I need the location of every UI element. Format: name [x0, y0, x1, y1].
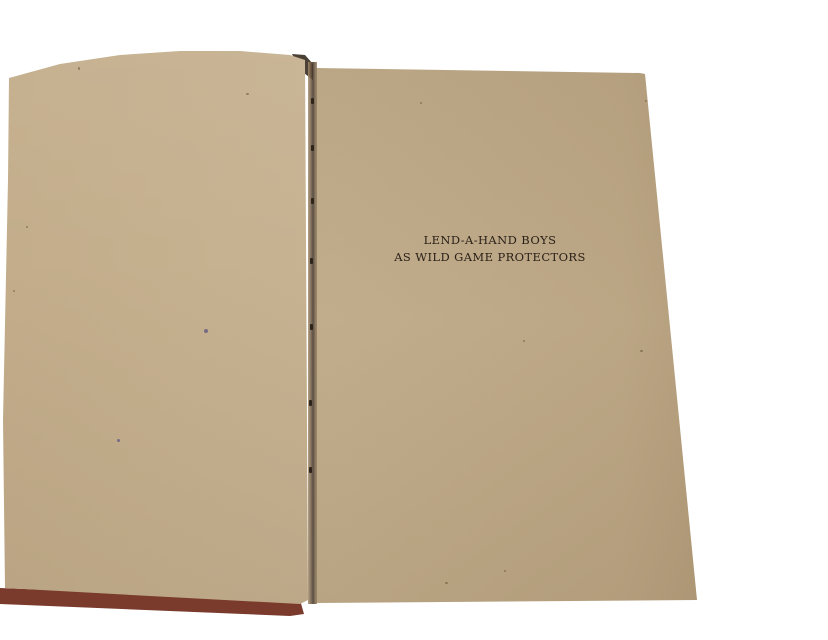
title-line-2: AS WILD GAME PROTECTORS [370, 249, 610, 266]
binding-stitch [311, 198, 314, 204]
binding-stitch [310, 324, 313, 330]
paper-speck [504, 570, 506, 572]
paper-speck [246, 93, 249, 95]
paper-speck [13, 290, 15, 292]
paper-speck [640, 350, 643, 352]
binding-stitch [310, 258, 313, 264]
paper-speck [445, 582, 448, 584]
binding-stitch [309, 467, 312, 473]
binding-stitch [311, 98, 314, 104]
title-page-heading: LEND-A-HAND BOYS AS WILD GAME PROTECTORS [370, 232, 610, 266]
paper-speck [78, 67, 80, 70]
binding-stitch [309, 400, 312, 406]
binding-stitch [311, 145, 314, 151]
paper-speck [523, 340, 525, 342]
title-line-1: LEND-A-HAND BOYS [370, 232, 610, 249]
paper-speck [645, 100, 647, 102]
paper-speck [420, 102, 422, 104]
paper-speck [117, 439, 120, 442]
paper-speck [204, 329, 208, 333]
open-book-photo: LEND-A-HAND BOYS AS WILD GAME PROTECTORS [0, 0, 828, 640]
paper-speck [26, 226, 28, 228]
book-gutter [308, 62, 317, 604]
